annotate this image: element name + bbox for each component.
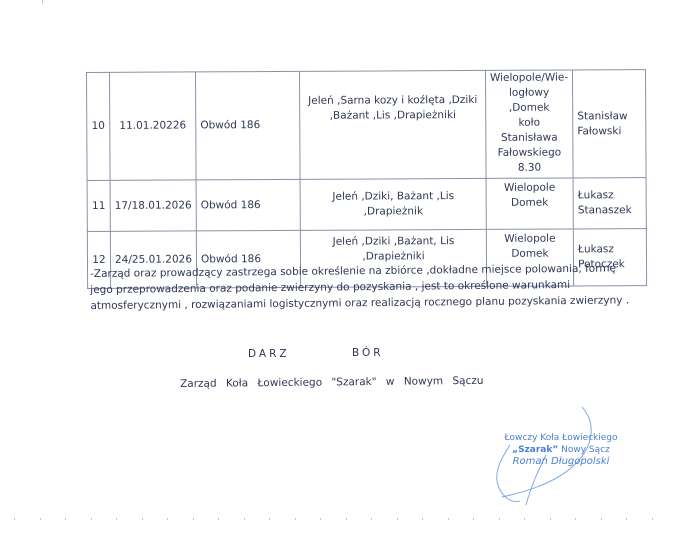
cell-leader-line: Stanaszek — [578, 203, 642, 218]
scan-dot — [652, 518, 653, 520]
cell-game-line: ,Bażant ,Lis ,Drapieżniki — [304, 108, 481, 124]
cell-place-line: Domek — [491, 246, 569, 261]
scan-mark — [42, 0, 43, 4]
cell-leader: ŁukaszStanaszek — [573, 178, 646, 229]
cell-place-line: 8.30 — [490, 160, 568, 175]
cell-place-line: Wielopole/Wie- — [490, 70, 568, 85]
cell-leader-line: Łukasz — [578, 188, 642, 203]
scan-dot — [371, 518, 372, 520]
scan-dot — [142, 518, 143, 520]
cell-area: Obwód 186 — [196, 71, 301, 180]
scan-dot — [320, 518, 321, 520]
scan-dot — [448, 518, 449, 520]
scan-dot — [626, 518, 627, 520]
scan-dot — [14, 518, 15, 520]
table-row: 1117/18.01.2026Obwód 186Jeleń ,Dziki, Ba… — [87, 178, 646, 232]
scan-dot — [524, 518, 525, 520]
scan-dot — [575, 518, 576, 520]
cell-place-line: Fałowskiego — [490, 145, 568, 160]
greeting-bor: BÓR — [352, 347, 384, 359]
scan-dot — [244, 518, 245, 520]
cell-leader-line: Fałowski — [577, 124, 641, 139]
scan-dot — [116, 518, 117, 520]
stamp-title: Łowczy Koła Łowieckiego — [496, 432, 626, 444]
scan-dot — [91, 518, 92, 520]
scan-dot — [65, 518, 66, 520]
cell-date: 17/18.01.2026 — [110, 180, 196, 231]
scan-dot — [218, 518, 219, 520]
cell-number: 11 — [87, 180, 110, 231]
scan-dot — [550, 518, 551, 520]
cell-place-line: Domek — [491, 195, 569, 210]
scan-dot — [499, 518, 500, 520]
cell-game: Jeleń ,Dziki, Bażant ,Lis ,Drapieżnik — [300, 178, 486, 230]
cell-place-line: Wielopole — [490, 180, 568, 195]
scan-dot — [346, 518, 347, 520]
cell-place-line: logłowy ,Domek — [490, 85, 568, 115]
scan-dot — [167, 518, 168, 520]
cell-game-line: Jeleń ,Dziki, Bażant ,Lis ,Drapieżnik — [305, 189, 482, 220]
scan-dot — [269, 518, 270, 520]
cell-leader-line: Łukasz — [578, 242, 642, 257]
document-page: 1011.01.20226Obwód 186Jeleń ,Sarna kozy … — [0, 0, 674, 538]
scan-dot — [193, 518, 194, 520]
board-signature-line: Zarząd Koła Łowieckiego "Szarak" w Nowym… — [180, 375, 484, 390]
notice-paragraph: -Zarząd oraz prowadzący zastrzega sobie … — [90, 260, 630, 314]
cell-place: WielopoleDomek — [486, 178, 573, 229]
cell-leader: StanisławFałowski — [573, 70, 646, 178]
cell-number: 10 — [87, 72, 111, 180]
cell-leader-line: Stanisław — [577, 109, 641, 124]
stamp-person: Roman Długopolski — [496, 456, 626, 468]
cell-area: Obwód 186 — [196, 179, 301, 231]
scan-dot — [40, 518, 41, 520]
hunter-stamp: Łowczy Koła Łowieckiego „Szarak” Nowy Są… — [496, 432, 626, 468]
cell-game-line: Jeleń ,Dziki ,Bażant, Lis — [305, 234, 482, 250]
cell-place-line: koło Stanisława — [490, 115, 568, 145]
scan-dot — [295, 518, 296, 520]
scan-dot — [601, 518, 602, 520]
cell-place-line: Wielopole — [491, 231, 569, 246]
scan-dot — [473, 518, 474, 520]
scan-dot — [397, 518, 398, 520]
stamp-club: „Szarak” Nowy Sącz — [496, 444, 626, 456]
cell-game-line: Jeleń ,Sarna kozy i koźlęta ,Dziki — [304, 93, 481, 109]
cell-place: Wielopole/Wie-logłowy ,Domekkoło Stanisł… — [485, 70, 573, 178]
hunt-schedule-table: 1011.01.20226Obwód 186Jeleń ,Sarna kozy … — [86, 69, 647, 289]
table-row: 1011.01.20226Obwód 186Jeleń ,Sarna kozy … — [87, 70, 647, 181]
cell-date: 11.01.20226 — [109, 72, 196, 180]
stamp-club-name: „Szarak” — [512, 445, 558, 455]
cell-game: Jeleń ,Sarna kozy i koźlęta ,Dziki,Bażan… — [300, 70, 486, 179]
stamp-club-city: Nowy Sącz — [558, 445, 610, 455]
greeting-darz: DARZ — [248, 348, 290, 360]
scan-dots — [14, 518, 664, 522]
scan-dot — [422, 518, 423, 520]
